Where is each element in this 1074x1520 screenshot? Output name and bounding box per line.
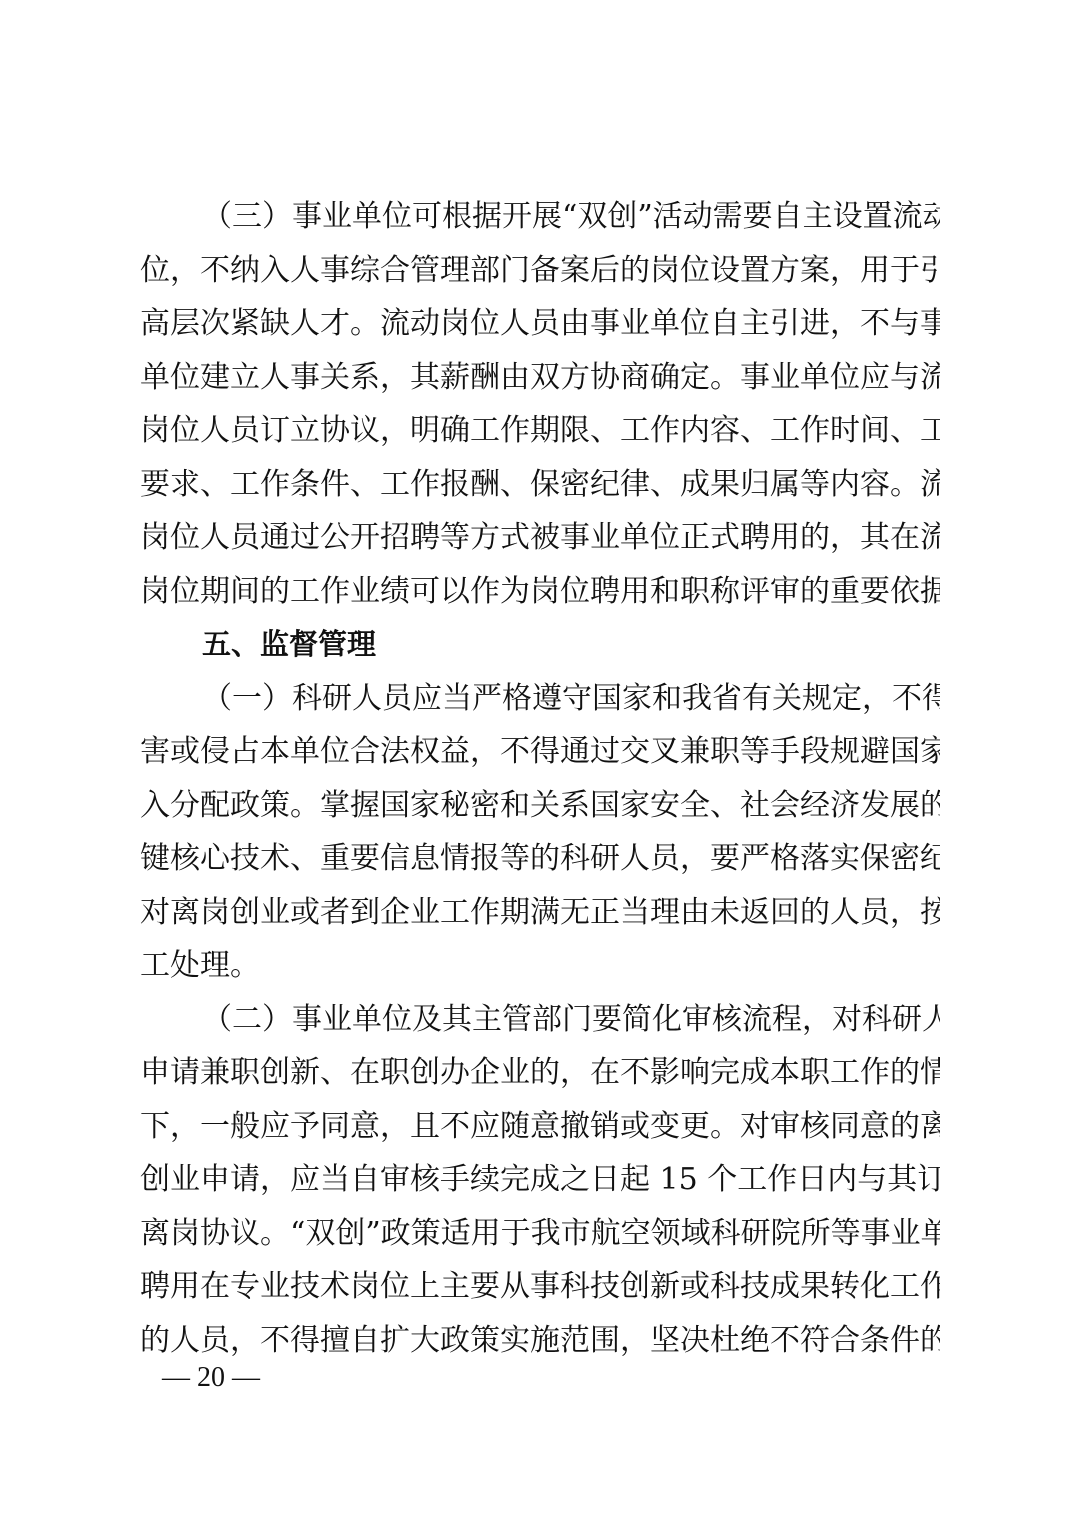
section-heading: 五、监督管理 <box>140 618 940 672</box>
page-number: — 20 — <box>162 1360 260 1396</box>
paragraph-2-line-7: 的人员，不得擅自扩大政策实施范围，坚决杜绝不符合条件的人 <box>140 1314 940 1368</box>
paragraph-1-line-3: 入分配政策。掌握国家秘密和关系国家安全、社会经济发展的关 <box>140 779 940 833</box>
paragraph-3-line-2: 位，不纳入人事综合管理部门备案后的岗位设置方案，用于引进 <box>140 244 940 298</box>
paragraph-1-line-5: 对离岗创业或者到企业工作期满无正当理由未返回的人员，按旷 <box>140 886 940 940</box>
paragraph-1-line-1: （一）科研人员应当严格遵守国家和我省有关规定，不得损 <box>140 672 940 726</box>
document-body: （三）事业单位可根据开展“双创”活动需要自主设置流动岗 位，不纳入人事综合管理部… <box>140 190 940 1367</box>
paragraph-2-line-3: 下，一般应予同意，且不应随意撤销或变更。对审核同意的离岗 <box>140 1100 940 1154</box>
paragraph-3-line-3: 高层次紧缺人才。流动岗位人员由事业单位自主引进，不与事业 <box>140 297 940 351</box>
paragraph-2-line-6: 聘用在专业技术岗位上主要从事科技创新或科技成果转化工作 <box>140 1260 940 1314</box>
paragraph-1-line-4: 键核心技术、重要信息情报等的科研人员，要严格落实保密纪律。 <box>140 832 940 886</box>
paragraph-3-line-5: 岗位人员订立协议，明确工作期限、工作内容、工作时间、工作 <box>140 404 940 458</box>
paragraph-3-line-6: 要求、工作条件、工作报酬、保密纪律、成果归属等内容。流动 <box>140 458 940 512</box>
document-page: （三）事业单位可根据开展“双创”活动需要自主设置流动岗 位，不纳入人事综合管理部… <box>0 0 1074 1520</box>
paragraph-2-line-4: 创业申请，应当自审核手续完成之日起 15 个工作日内与其订立 <box>140 1153 940 1207</box>
paragraph-3-line-4: 单位建立人事关系，其薪酬由双方协商确定。事业单位应与流动 <box>140 351 940 405</box>
paragraph-3-line-8: 岗位期间的工作业绩可以作为岗位聘用和职称评审的重要依据。 <box>140 565 940 619</box>
paragraph-2-line-1: （二）事业单位及其主管部门要简化审核流程，对科研人员 <box>140 993 940 1047</box>
paragraph-3-line-1: （三）事业单位可根据开展“双创”活动需要自主设置流动岗 <box>140 190 940 244</box>
paragraph-1-line-2: 害或侵占本单位合法权益，不得通过交叉兼职等手段规避国家收 <box>140 725 940 779</box>
paragraph-2-line-5: 离岗协议。“双创”政策适用于我市航空领域科研院所等事业单位 <box>140 1207 940 1261</box>
paragraph-3-line-7: 岗位人员通过公开招聘等方式被事业单位正式聘用的，其在流动 <box>140 511 940 565</box>
paragraph-1-line-6: 工处理。 <box>140 939 940 993</box>
paragraph-2-line-2: 申请兼职创新、在职创办企业的，在不影响完成本职工作的情况 <box>140 1046 940 1100</box>
